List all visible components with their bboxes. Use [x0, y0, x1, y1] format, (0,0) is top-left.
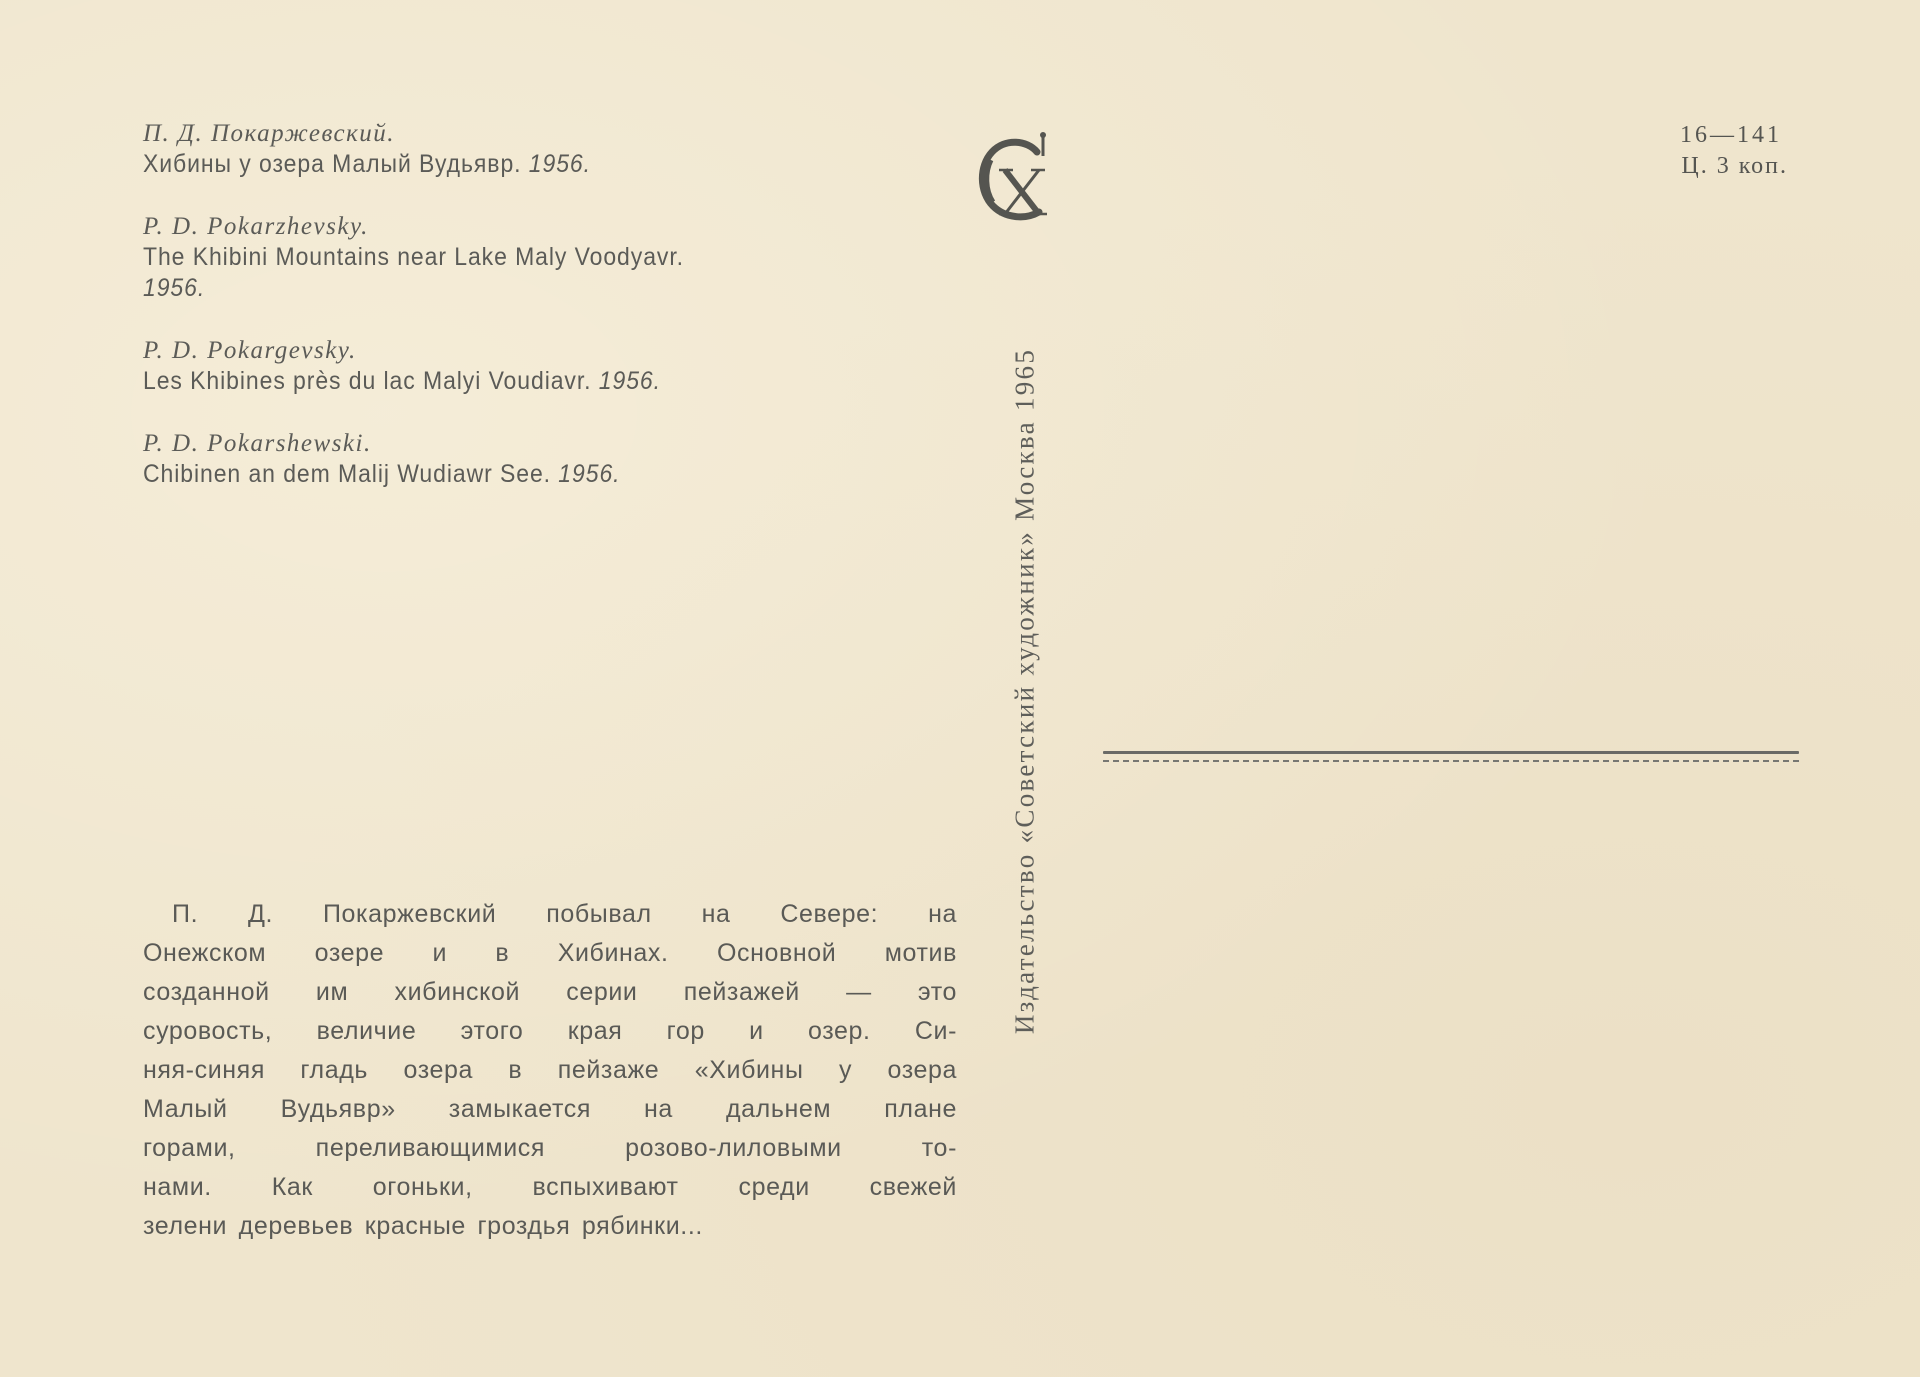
publisher-imprint: Издательство «Советский художник» Москва…	[1010, 348, 1041, 1034]
caption-year: 1956.	[558, 460, 620, 488]
description-line: горами, переливающимися розово-лиловыми …	[143, 1129, 957, 1168]
description-line: нами. Как огоньки, вспыхивают среди свеж…	[143, 1168, 957, 1207]
catalog-info: 16—141 Ц. 3 коп.	[1638, 120, 1788, 182]
description-line: созданной им хибинской серии пейзажей — …	[143, 973, 957, 1012]
description-line: зелени деревьев красные гроздья рябинки.…	[143, 1207, 957, 1246]
caption-author: P. D. Pokarzhevsky.	[143, 211, 973, 242]
caption-year: 1956.	[599, 367, 661, 395]
address-line-solid	[1103, 751, 1799, 754]
description-line: Онежском озере и в Хибинах. Основной мот…	[143, 934, 957, 973]
caption-author: П. Д. Покаржевский.	[143, 118, 973, 149]
description-line: суровость, величие этого края гор и озер…	[143, 1012, 957, 1051]
caption-year: 1956.	[529, 150, 591, 178]
description-line: П. Д. Покаржевский побывал на Севере: на	[143, 895, 957, 934]
description-paragraph: П. Д. Покаржевский побывал на Севере: на…	[143, 895, 957, 1246]
description-line: Малый Вудьявр» замыкается на дальнем пла…	[143, 1090, 957, 1129]
address-line	[1103, 750, 1799, 764]
catalog-code: 16—141	[1638, 120, 1788, 151]
caption-title: The Khibini Mountains near Lake Maly Voo…	[143, 242, 684, 273]
caption-title: Хибины у озера Малый Вудьявр. 1956.	[143, 149, 591, 180]
caption-russian: П. Д. Покаржевский. Хибины у озера Малый…	[143, 118, 973, 180]
price-label: Ц. 3 коп.	[1638, 151, 1788, 182]
caption-title: Les Khibines près du lac Malyi Voudiavr.…	[143, 366, 661, 397]
caption-title: Chibinen an dem Malij Wudiawr See. 1956.	[143, 459, 620, 490]
description-line: няя-синяя гладь озера в пейзаже «Хибины …	[143, 1051, 957, 1090]
caption-english: P. D. Pokarzhevsky. The Khibini Mountain…	[143, 211, 973, 304]
caption-french: P. D. Pokargevsky. Les Khibines près du …	[143, 335, 973, 397]
caption-author: P. D. Pokarshewski.	[143, 428, 973, 459]
address-line-dashed	[1103, 760, 1799, 762]
caption-author: P. D. Pokargevsky.	[143, 335, 973, 366]
caption-block: П. Д. Покаржевский. Хибины у озера Малый…	[143, 118, 973, 521]
caption-german: P. D. Pokarshewski. Chibinen an dem Mali…	[143, 428, 973, 490]
caption-year: 1956.	[143, 273, 205, 304]
publisher-logo-icon	[975, 130, 1055, 224]
